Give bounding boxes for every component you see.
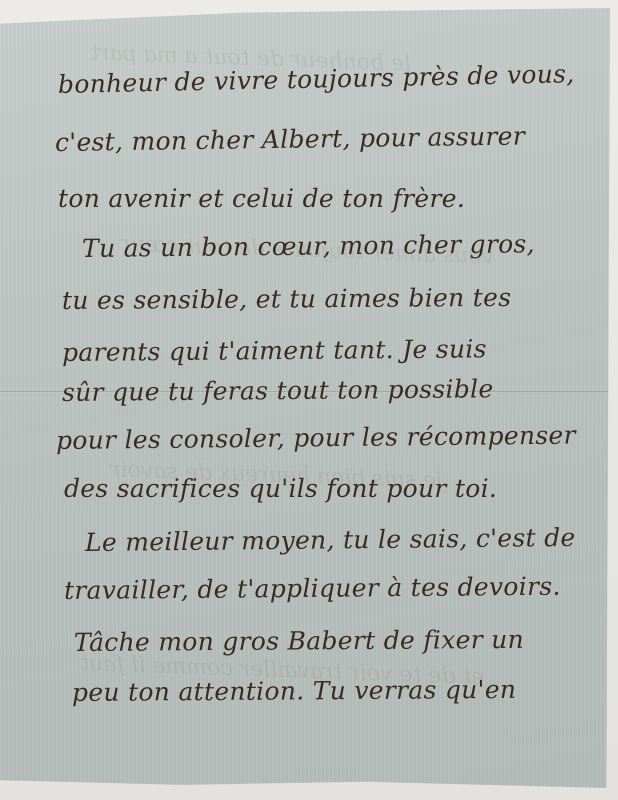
text-line: pour les consoler, pour les récompenser bbox=[56, 421, 576, 455]
text-line: sûr que tu feras tout ton possible bbox=[62, 374, 494, 407]
text-line: parents qui t'aiment tant. Je suis bbox=[62, 334, 487, 367]
text-line: Tu as un bon cœur, mon cher gros, bbox=[82, 229, 535, 263]
text-line: des sacrifices qu'ils font pour toi. bbox=[64, 474, 497, 503]
photo-background: le bonheur de tout a ma part vous aimer … bbox=[0, 0, 618, 800]
text-line: tu es sensible, et tu aimes bien tes bbox=[62, 283, 511, 315]
text-line: bonheur de vivre toujours près de vous, bbox=[58, 59, 575, 99]
text-line: ton avenir et celui de ton frère. bbox=[58, 184, 465, 213]
text-line: Le meilleur moyen, tu le sais, c'est de bbox=[85, 523, 576, 557]
text-line: travailler, de t'appliquer à tes devoirs… bbox=[64, 572, 561, 605]
text-line: Tâche mon gros Babert de fixer un bbox=[74, 625, 524, 657]
handwritten-text: bonheur de vivre toujours près de vous, … bbox=[0, 8, 610, 788]
letter-page: le bonheur de tout a ma part vous aimer … bbox=[0, 8, 610, 788]
text-line: peu ton attention. Tu verras qu'en bbox=[72, 675, 516, 707]
text-line: c'est, mon cher Albert, pour assurer bbox=[55, 121, 525, 157]
